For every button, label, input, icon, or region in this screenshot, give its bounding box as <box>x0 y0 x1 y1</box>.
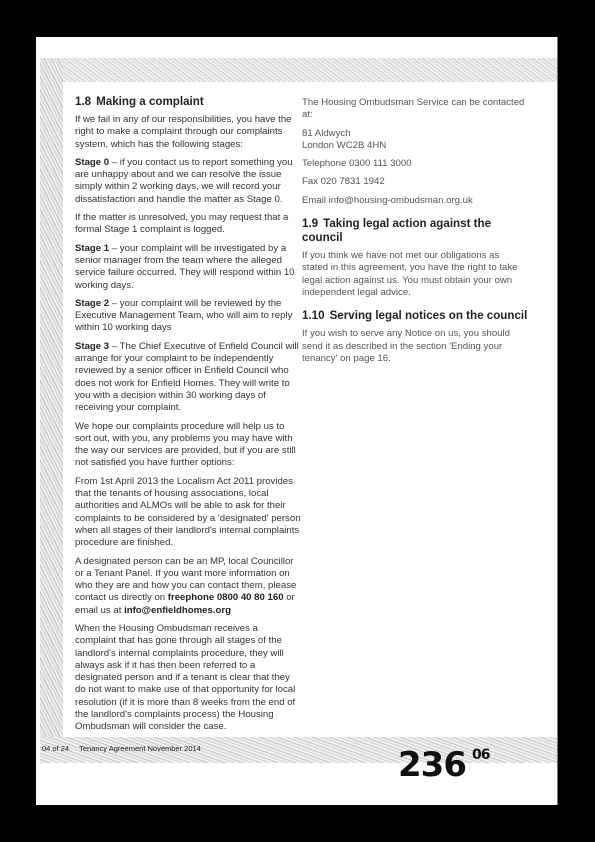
enfield-email-link[interactable]: info@enfieldhomes.org <box>124 605 231 616</box>
document-page: 1.8Making a complaint If we fail in any … <box>36 37 558 805</box>
ombudsman-intro: The Housing Ombudsman Service can be con… <box>302 97 528 122</box>
stage-label: Stage 3 <box>75 341 109 352</box>
stage-0: Stage 0 – if you contact us to report so… <box>75 157 301 206</box>
stage-label: Stage 2 <box>75 298 109 309</box>
paragraph-hope: We hope our complaints procedure will he… <box>75 421 301 470</box>
section-title: Taking legal action against the council <box>302 217 491 244</box>
paragraph-designated: A designated person can be an MP, local … <box>75 556 301 617</box>
page-number: 04 of 24 <box>42 744 69 753</box>
address-line-2: London WC2B 4HN <box>302 140 386 151</box>
left-column: 1.8Making a complaint If we fail in any … <box>75 95 301 740</box>
stage-label: Stage 1 <box>75 243 109 254</box>
section-1-9-text: If you think we have not met our obligat… <box>302 250 528 299</box>
ombudsman-fax: Fax 020 7831 1942 <box>302 176 528 188</box>
page-footer: 04 of 24Tenancy Agreement November 2014 <box>42 744 201 753</box>
scan-noise-left-band <box>40 58 63 758</box>
stage-label: Stage 0 <box>75 157 109 168</box>
section-title: Serving legal notices on the council <box>330 309 528 322</box>
ombudsman-address: 81 AldwychLondon WC2B 4HN <box>302 128 528 153</box>
stage-text: If the matter is unresolved, you may req… <box>75 212 288 235</box>
document-title: Tenancy Agreement November 2014 <box>79 744 201 753</box>
section-title: Making a complaint <box>96 95 204 108</box>
stage-3: Stage 3 – The Chief Executive of Enfield… <box>75 341 301 415</box>
stage-1: Stage 1 – your complaint will be investi… <box>75 243 301 292</box>
section-number: 1.8 <box>75 95 91 108</box>
stage-text: – The Chief Executive of Enfield Council… <box>75 341 299 413</box>
stage-1-request: If the matter is unresolved, you may req… <box>75 212 301 237</box>
section-heading-1-10: 1.10Serving legal notices on the council <box>302 309 528 323</box>
section-heading-1-8: 1.8Making a complaint <box>75 95 301 109</box>
paragraph-localism: From 1st April 2013 the Localism Act 201… <box>75 476 301 550</box>
section-heading-1-9: 1.9Taking legal action against the counc… <box>302 217 528 245</box>
complaint-intro: If we fail in any of our responsibilitie… <box>75 114 301 151</box>
paragraph-ombudsman: When the Housing Ombudsman receives a co… <box>75 623 301 734</box>
section-number: 1.9 <box>302 217 318 230</box>
handwritten-superscript: 06 <box>472 747 489 763</box>
right-column: The Housing Ombudsman Service can be con… <box>302 97 528 371</box>
stage-2: Stage 2 – your complaint will be reviewe… <box>75 298 301 335</box>
ombudsman-telephone: Telephone 0300 111 3000 <box>302 158 528 170</box>
address-line-1: 81 Aldwych <box>302 128 351 139</box>
freephone-number: freephone 0800 40 80 160 <box>168 592 284 603</box>
ombudsman-email[interactable]: Email info@housing-ombudsman.org.uk <box>302 195 528 207</box>
scan-noise-top-band <box>40 58 557 82</box>
section-1-10-text: If you wish to serve any Notice on us, y… <box>302 328 528 365</box>
handwritten-number: 236 <box>398 745 466 785</box>
handwritten-annotation: 23606 <box>398 745 489 785</box>
section-number: 1.10 <box>302 309 325 322</box>
